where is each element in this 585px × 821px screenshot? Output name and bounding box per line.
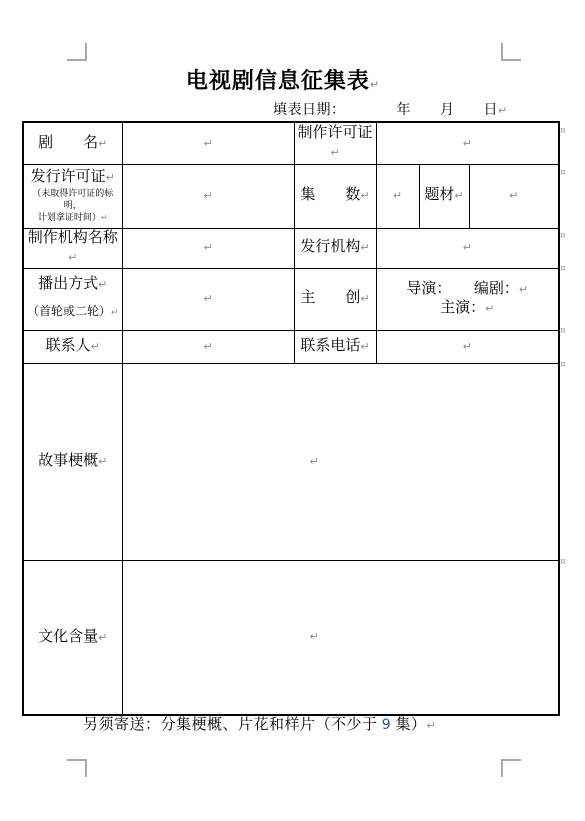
mailing-note-text: 另须寄送：分集梗概、片花和样片（不少于 (83, 717, 382, 733)
table-row: 发行许可证↵ （未取得许可证的标明， 计划拿证时间）↵ ↵ 集 数↵ ↵ 题材↵… (23, 164, 559, 228)
main-creators-label: 主 创↵ (294, 268, 376, 330)
paragraph-mark: ↵ (509, 189, 518, 202)
paragraph-mark: ↵ (106, 171, 115, 184)
table-row: 故事梗概↵ ↵ (23, 363, 559, 560)
form-title: 电视剧信息征集表↵ (0, 64, 565, 95)
paragraph-mark: ↵ (463, 137, 472, 150)
paragraph-mark: ↵ (203, 340, 212, 353)
distribution-license-input-cell[interactable]: ↵ (122, 164, 294, 228)
distribution-license-note: （未取得许可证的标明， (24, 187, 122, 211)
paragraph-mark: ↵ (91, 340, 100, 353)
paragraph-mark: ↵ (203, 137, 212, 150)
row-end-mark: ¤ (560, 126, 566, 136)
paragraph-mark: ↵ (370, 78, 379, 91)
production-org-label: 制作机构名称↵ (23, 228, 122, 268)
paragraph-mark: ↵ (203, 241, 212, 254)
paragraph-mark: ↵ (98, 137, 107, 150)
crop-mark-bottom-left (67, 759, 87, 777)
table-row: 制作机构名称↵ ↵ 发行机构↵ ↵ (23, 228, 559, 268)
contact-phone-input-cell[interactable]: ↵ (376, 330, 559, 363)
crop-mark-bottom-right (501, 759, 521, 777)
production-license-input-cell[interactable]: ↵ (376, 122, 559, 164)
paragraph-mark: ↵ (98, 631, 107, 644)
table-row: 剧 名↵ ↵ 制作许可证↵ ↵ (23, 122, 559, 164)
paragraph-mark: ↵ (485, 302, 494, 315)
production-license-label: 制作许可证↵ (294, 122, 376, 164)
paragraph-mark: ↵ (111, 308, 119, 318)
paragraph-mark: ↵ (393, 189, 402, 202)
subject-input-cell[interactable]: ↵ (469, 164, 559, 228)
paragraph-mark: ↵ (360, 340, 369, 353)
paragraph-mark: ↵ (463, 241, 472, 254)
row-end-mark: ¤ (560, 231, 566, 241)
distribution-license-label: 发行许可证↵ （未取得许可证的标明， 计划拿证时间）↵ (23, 164, 122, 228)
fill-date-line: 填表日期： 年 月 日↵ (273, 99, 507, 119)
document-page: 电视剧信息征集表↵ 填表日期： 年 月 日↵ 剧 名↵ ↵ 制作许可证↵ ↵ 发… (0, 0, 585, 821)
episode-count-label: 集 数↵ (294, 164, 376, 228)
paragraph-mark: ↵ (330, 146, 339, 159)
row-end-mark: ¤ (560, 557, 566, 567)
distribution-org-label: 发行机构↵ (294, 228, 376, 268)
paragraph-mark: ↵ (101, 213, 108, 222)
row-end-mark: ¤ (560, 168, 566, 178)
broadcast-mode-label: 播出方式↵ （首轮或二轮）↵ (23, 268, 122, 330)
paragraph-mark: ↵ (360, 292, 369, 305)
paragraph-mark: ↵ (454, 189, 463, 202)
contact-person-label: 联系人↵ (23, 330, 122, 363)
crop-mark-top-left (67, 43, 87, 61)
paragraph-mark: ↵ (310, 630, 319, 644)
subject-label: 题材↵ (419, 164, 469, 228)
minimum-episode-count: 9 (382, 717, 391, 733)
episode-count-input-cell[interactable]: ↵ (376, 164, 419, 228)
paragraph-mark: ↵ (68, 251, 77, 264)
table-row: 联系人↵ ↵ 联系电话↵ ↵ (23, 330, 559, 363)
production-org-input-cell[interactable]: ↵ (122, 228, 294, 268)
paragraph-mark: ↵ (519, 283, 528, 296)
row-end-mark: ¤ (560, 264, 566, 274)
main-creators-input-cell[interactable]: 导演： 编剧：↵ 主演：↵ (376, 268, 559, 330)
drama-name-input-cell[interactable]: ↵ (122, 122, 294, 164)
contact-person-input-cell[interactable]: ↵ (122, 330, 294, 363)
distribution-license-note: 计划拿证时间）↵ (24, 211, 122, 224)
paragraph-mark: ↵ (98, 278, 107, 291)
paragraph-mark: ↵ (498, 104, 507, 117)
story-outline-label: 故事梗概↵ (23, 363, 122, 560)
paragraph-mark: ↵ (98, 455, 107, 468)
paragraph-mark: ↵ (463, 340, 472, 353)
drama-name-label: 剧 名↵ (23, 122, 122, 164)
table-row: 文化含量↵ ↵ (23, 560, 559, 715)
cultural-content-input-cell[interactable]: ↵ (122, 560, 559, 715)
contact-phone-label: 联系电话↵ (294, 330, 376, 363)
row-end-mark: ¤ (560, 360, 566, 370)
row-end-mark: ¤ (560, 326, 566, 336)
story-outline-input-cell[interactable]: ↵ (122, 363, 559, 560)
mailing-note-suffix: 集） (391, 717, 426, 733)
info-table: 剧 名↵ ↵ 制作许可证↵ ↵ 发行许可证↵ （未取得许可证的标明， 计划拿证时… (22, 121, 560, 716)
distribution-org-input-cell[interactable]: ↵ (376, 228, 559, 268)
paragraph-mark: ↵ (310, 454, 319, 468)
paragraph-mark: ↵ (360, 241, 369, 254)
mailing-note: 另须寄送：分集梗概、片花和样片（不少于 9 集）↵ (83, 713, 436, 734)
crop-mark-top-right (501, 43, 521, 61)
paragraph-mark: ↵ (360, 189, 369, 202)
paragraph-mark: ↵ (203, 189, 212, 202)
paragraph-mark: ↵ (203, 292, 212, 305)
cultural-content-label: 文化含量↵ (23, 560, 122, 715)
broadcast-mode-input-cell[interactable]: ↵ (122, 268, 294, 330)
paragraph-mark: ↵ (426, 719, 435, 732)
table-row: 播出方式↵ （首轮或二轮）↵ ↵ 主 创↵ 导演： 编剧：↵ 主演：↵ (23, 268, 559, 330)
